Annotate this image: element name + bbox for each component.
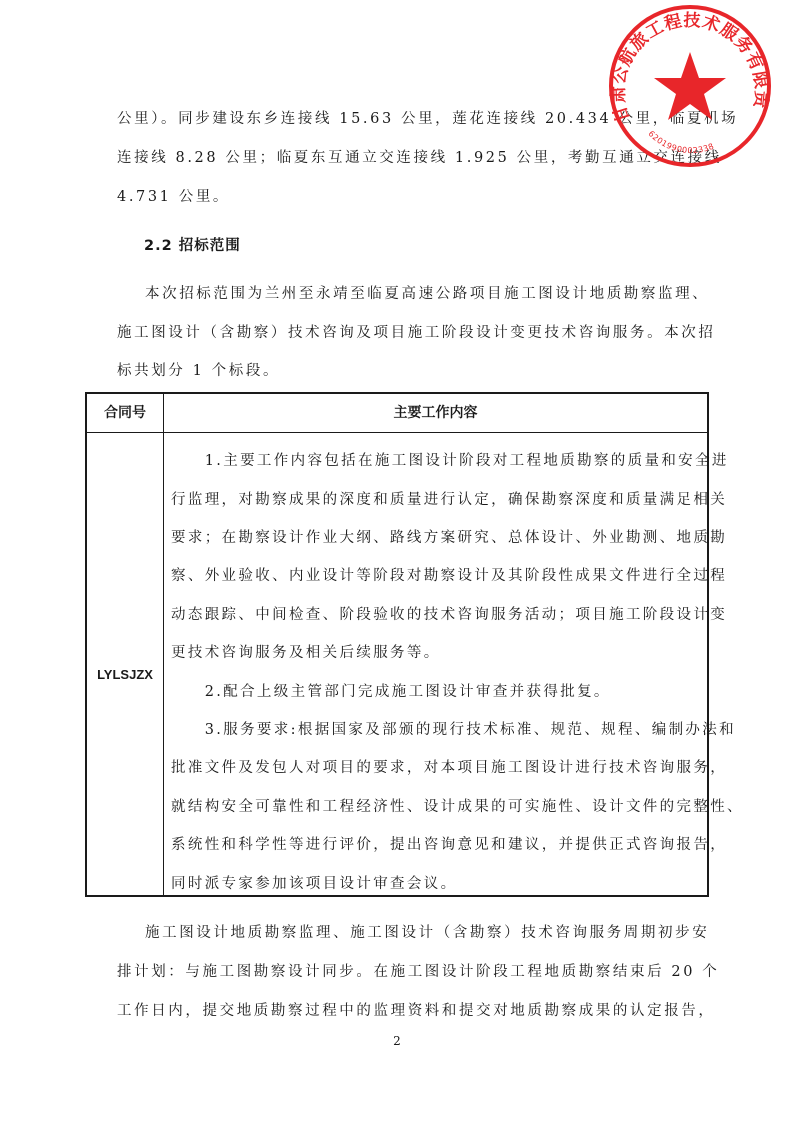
scope-line-1: 本次招标范围为兰州至永靖至临夏高速公路项目施工图设计地质勘察监理、	[145, 284, 709, 304]
contract-id: LYLSJZX	[87, 665, 163, 685]
table-content-line: 要求；在勘察设计作业大纲、路线方案研究、总体设计、外业勘测、地质勘	[171, 528, 727, 548]
scope-table: 合同号 主要工作内容 LYLSJZX 1.主要工作内容包括在施工图设计阶段对工程…	[85, 392, 709, 897]
section-heading: 2.2 招标范围	[144, 236, 241, 256]
table-content-line: 察、外业验收、内业设计等阶段对勘察设计及其阶段性成果文件进行全过程	[171, 566, 727, 586]
document-page: 公里）。同步建设东乡连接线 15.63 公里，莲花连接线 20.434 公里，临…	[0, 0, 794, 1123]
table-content-line: 动态跟踪、中间检查、阶段验收的技术咨询服务活动；项目施工阶段设计变	[171, 605, 727, 625]
table-header-divider	[87, 432, 707, 433]
intro-line-3: 4.731 公里。	[117, 187, 230, 207]
table-content-line: 批准文件及发包人对项目的要求，对本项目施工图设计进行技术咨询服务，	[171, 758, 727, 778]
table-column-divider	[163, 394, 164, 895]
seal-number: 6201990002338	[646, 129, 715, 155]
table-content-line: 同时派专家参加该项目设计审查会议。	[171, 874, 457, 894]
company-seal-icon: 甘肃公航旅工程技术服务有限责任公司 6201990002338	[606, 2, 774, 170]
table-content-line: 就结构安全可靠性和工程经济性、设计成果的可实施性、设计文件的完整性、	[171, 797, 744, 817]
table-content-line: 系统性和科学性等进行评价，提出咨询意见和建议，并提供正式咨询报告，	[171, 835, 727, 855]
table-header-content: 主要工作内容	[164, 403, 707, 423]
table-content-line: 2.配合上级主管部门完成施工图设计审查并获得批复。	[171, 682, 611, 702]
schedule-line-2: 排计划：与施工图勘察设计同步。在施工图设计阶段工程地质勘察结束后 20 个	[117, 962, 719, 982]
table-content-line: 3.服务要求:根据国家及部颁的现行技术标准、规范、规程、编制办法和	[171, 720, 736, 740]
scope-line-2: 施工图设计（含勘察）技术咨询及项目施工阶段设计变更技术咨询服务。本次招	[117, 323, 716, 343]
table-content-line: 更技术咨询服务及相关后续服务等。	[171, 643, 441, 663]
scope-line-3: 标共划分 1 个标段。	[117, 361, 280, 381]
schedule-line-3: 工作日内，提交地质勘察过程中的监理资料和提交对地质勘察成果的认定报告，	[117, 1001, 716, 1021]
svg-text:6201990002338: 6201990002338	[646, 129, 715, 155]
page-number: 2	[0, 1034, 794, 1048]
table-content-line: 1.主要工作内容包括在施工图设计阶段对工程地质勘察的质量和安全进	[171, 451, 729, 471]
schedule-line-1: 施工图设计地质勘察监理、施工图设计（含勘察）技术咨询服务周期初步安	[145, 923, 709, 943]
table-content-line: 行监理，对勘察成果的深度和质量进行认定，确保勘察深度和质量满足相关	[171, 490, 727, 510]
table-header-contract: 合同号	[87, 403, 163, 423]
